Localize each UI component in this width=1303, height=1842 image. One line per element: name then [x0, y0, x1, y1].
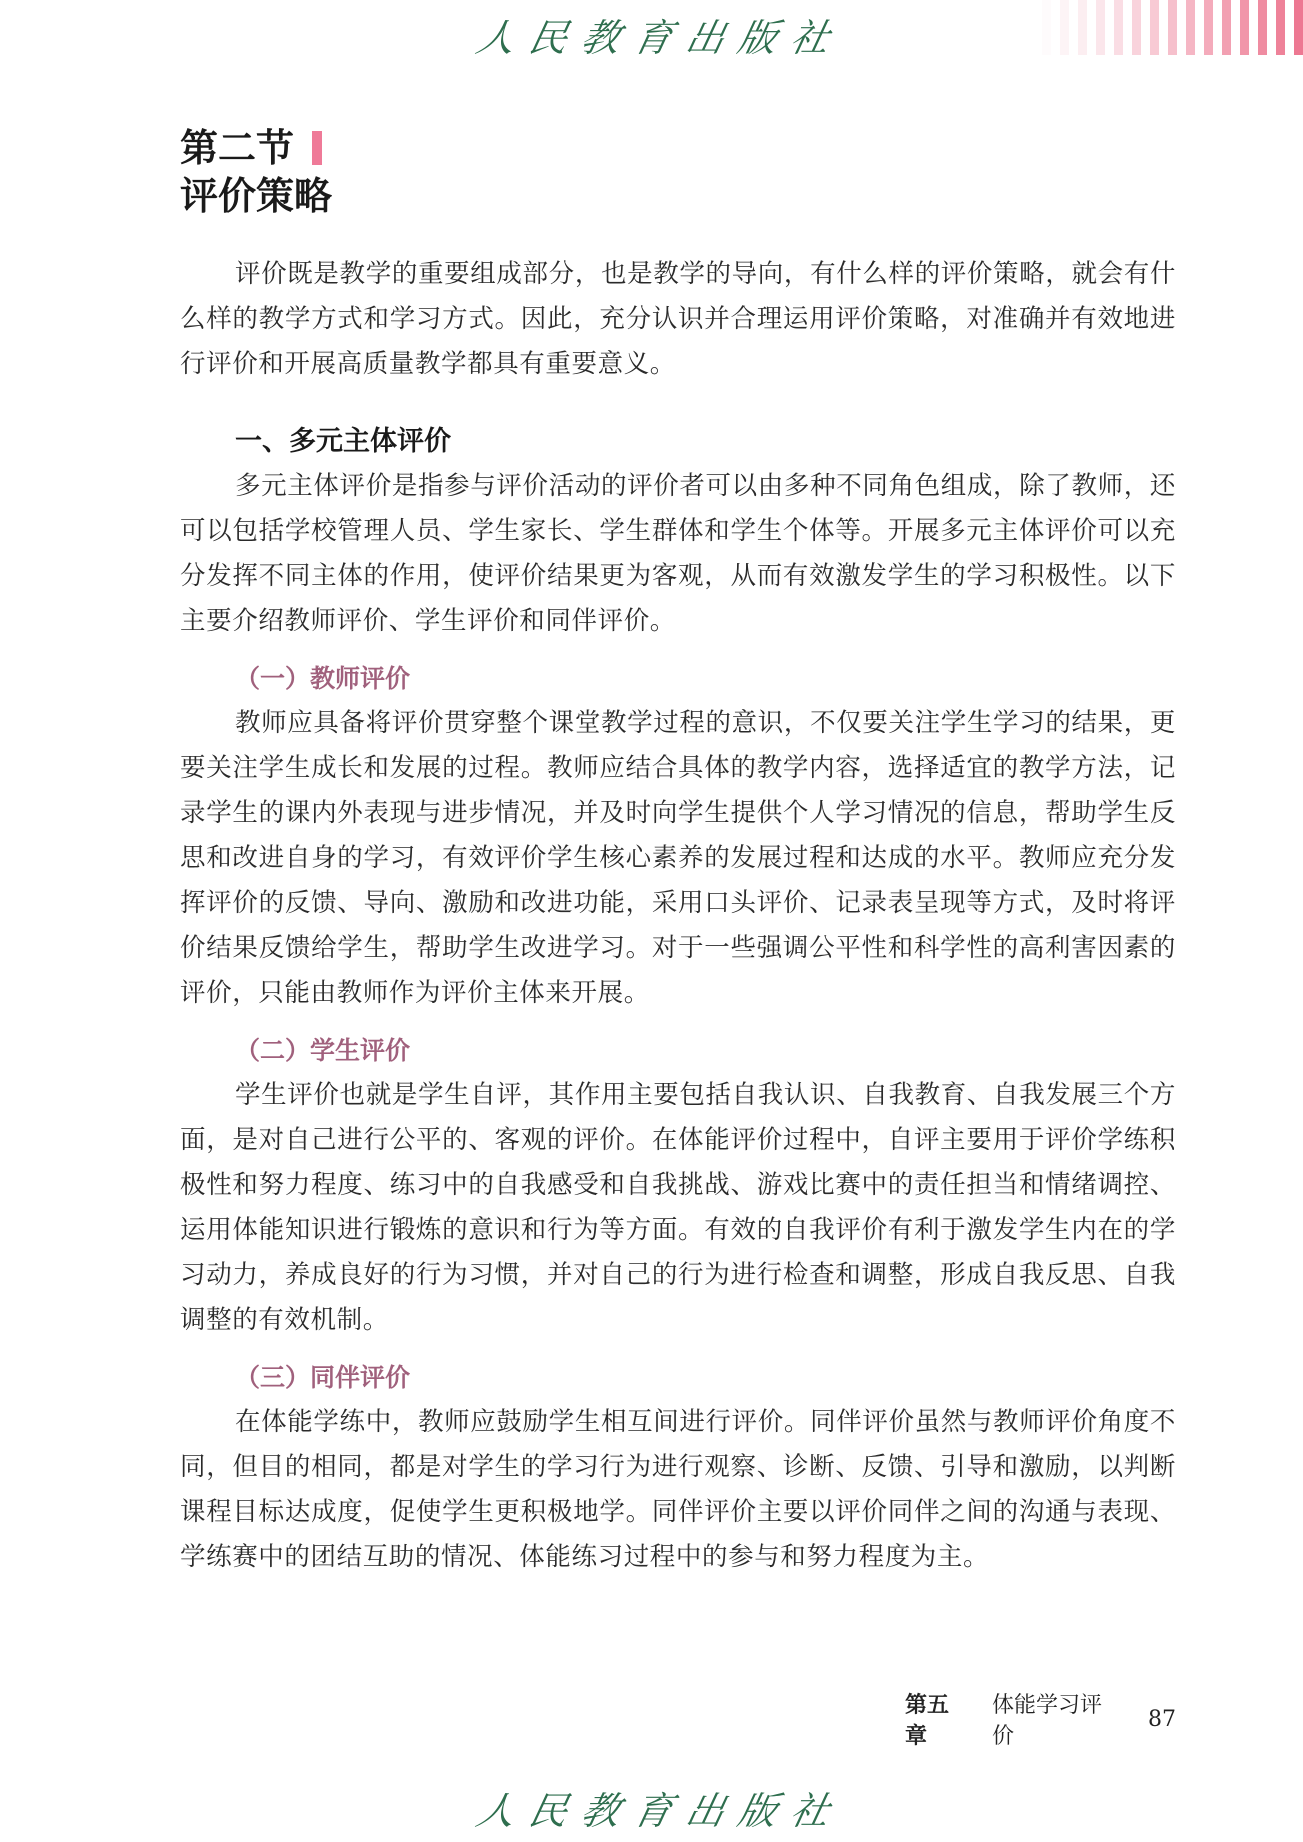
subheading-student-evaluation: （二）学生评价 — [180, 1028, 1176, 1073]
paragraph-teacher-evaluation: 教师应具备将评价贯穿整个课堂教学过程的意识，不仅要关注学生学习的结果，更要关注学… — [180, 701, 1176, 1016]
stripe — [1222, 0, 1231, 55]
logo-char: 教 — [577, 7, 627, 62]
stripe — [1060, 0, 1069, 55]
logo-char: 民 — [524, 7, 574, 62]
logo-char: 人 — [472, 1780, 522, 1835]
stripe — [1078, 0, 1087, 55]
section-heading: 评价策略 — [180, 172, 332, 220]
subheading-teacher-evaluation: （一）教师评价 — [180, 656, 1176, 701]
footer-chapter-title: 体能学习评价 — [992, 1688, 1122, 1750]
section-title: 第二节 评价策略 — [180, 124, 332, 220]
logo-char: 民 — [524, 1780, 574, 1835]
logo-char: 育 — [629, 1780, 679, 1835]
section-number: 第二节 — [180, 124, 294, 172]
accent-bar — [312, 131, 322, 165]
stripe — [1276, 0, 1285, 55]
stripe — [1024, 0, 1033, 55]
stripe — [1096, 0, 1105, 55]
footer-chapter: 第五章 — [905, 1688, 970, 1750]
paragraph-multi-subject: 多元主体评价是指参与评价活动的评价者可以由多种不同角色组成，除了教师，还可以包括… — [180, 464, 1176, 644]
paragraph-peer-evaluation: 在体能学练中，教师应鼓励学生相互间进行评价。同伴评价虽然与教师评价角度不同，但目… — [180, 1400, 1176, 1580]
logo-char: 出 — [681, 7, 731, 62]
stripe — [1114, 0, 1123, 55]
logo-char: 育 — [629, 7, 679, 62]
subheading-peer-evaluation: （三）同伴评价 — [180, 1355, 1176, 1400]
stripe — [1258, 0, 1267, 55]
stripe — [1204, 0, 1213, 55]
logo-char: 社 — [786, 1780, 836, 1835]
publisher-logo-top: 人 民 教 育 出 版 社 — [473, 10, 835, 58]
stripe — [1168, 0, 1177, 55]
intro-paragraph: 评价既是教学的重要组成部分，也是教学的导向，有什么样的评价策略，就会有什么样的教… — [180, 252, 1176, 387]
decorative-stripes — [1024, 0, 1303, 55]
stripe — [1042, 0, 1051, 55]
stripe — [1294, 0, 1303, 55]
document-body: 评价既是教学的重要组成部分，也是教学的导向，有什么样的评价策略，就会有什么样的教… — [180, 252, 1176, 1580]
logo-char: 版 — [734, 7, 784, 62]
stripe — [1186, 0, 1195, 55]
page-footer: 第五章 体能学习评价 87 — [905, 1688, 1176, 1750]
page-number: 87 — [1148, 1707, 1176, 1732]
stripe — [1150, 0, 1159, 55]
logo-char: 出 — [681, 1780, 731, 1835]
publisher-logo-bottom: 人 民 教 育 出 版 社 — [473, 1783, 835, 1831]
heading-multi-subject-evaluation: 一、多元主体评价 — [180, 419, 1176, 464]
logo-char: 版 — [734, 1780, 784, 1835]
stripe — [1132, 0, 1141, 55]
logo-char: 社 — [786, 7, 836, 62]
logo-char: 人 — [472, 7, 522, 62]
stripe — [1240, 0, 1249, 55]
paragraph-student-evaluation: 学生评价也就是学生自评，其作用主要包括自我认识、自我教育、自我发展三个方面，是对… — [180, 1073, 1176, 1343]
logo-char: 教 — [577, 1780, 627, 1835]
